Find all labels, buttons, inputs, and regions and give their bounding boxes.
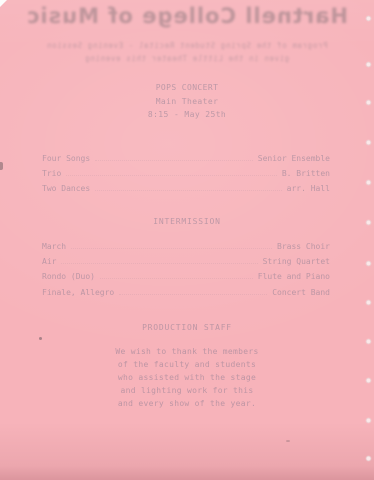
punch-hole-icon	[366, 456, 371, 461]
section-heading-intermission: INTERMISSION	[0, 217, 374, 226]
title-line-2: Main Theater	[0, 95, 374, 109]
bleed-through-subline-2: given in the Little Theater this evening	[0, 54, 374, 63]
scan-speck	[0, 162, 3, 170]
punch-hole-icon	[366, 180, 371, 185]
credits-line: and lighting work for this	[0, 384, 374, 397]
performer: Brass Choir	[277, 242, 330, 251]
performer: Senior Ensemble	[258, 154, 330, 163]
program-row: Four Songs Senior Ensemble	[42, 154, 330, 169]
program-row: Rondo (Duo) Flute and Piano	[42, 272, 330, 287]
bleed-through-subline-1: Program of the Spring Student Recital - …	[0, 41, 374, 50]
program-row: Trio B. Britten	[42, 169, 330, 184]
punch-hole-icon	[366, 261, 371, 266]
piece-title: Four Songs	[42, 154, 90, 163]
scan-speck	[39, 337, 42, 340]
piece-title: Two Dances	[42, 184, 90, 193]
dotted-leader	[95, 160, 253, 161]
credits-line: and every show of the year.	[0, 397, 374, 410]
punch-hole-icon	[366, 339, 371, 344]
performer: B. Britten	[282, 169, 330, 178]
program-row: Air String Quartet	[42, 257, 330, 272]
punch-hole-icon	[366, 100, 371, 105]
scan-speck	[286, 440, 290, 442]
credits-paragraph: We wish to thank the members of the facu…	[0, 345, 374, 410]
section-heading-production: PRODUCTION STAFF	[0, 323, 374, 332]
program-row: Finale, Allegro Concert Band	[42, 288, 330, 303]
punch-hole-icon	[366, 300, 371, 305]
performer: Flute and Piano	[258, 272, 330, 281]
dotted-leader	[95, 190, 281, 191]
dotted-leader	[66, 175, 277, 176]
performer: Concert Band	[272, 288, 330, 297]
dotted-leader	[119, 294, 267, 295]
program-row: Two Dances arr. Hall	[42, 184, 330, 199]
performer: String Quartet	[263, 257, 330, 266]
piece-title: Trio	[42, 169, 61, 178]
credits-line: We wish to thank the members	[0, 345, 374, 358]
dotted-leader	[71, 248, 272, 249]
piece-title: Air	[42, 257, 56, 266]
punch-hole-icon	[366, 418, 371, 423]
piece-title: Finale, Allegro	[42, 288, 114, 297]
punch-hole-icon	[366, 220, 371, 225]
program-section-1: Four Songs Senior Ensemble Trio B. Britt…	[42, 154, 330, 200]
piece-title: Rondo (Duo)	[42, 272, 95, 281]
credits-line: of the faculty and students	[0, 358, 374, 371]
dotted-leader	[61, 263, 257, 264]
title-line-3: 8:15 - May 25th	[0, 108, 374, 122]
punch-hole-icon	[366, 140, 371, 145]
punch-hole-icon	[366, 62, 371, 67]
dotted-leader	[100, 278, 253, 279]
program-row: March Brass Choir	[42, 242, 330, 257]
piece-title: March	[42, 242, 66, 251]
punch-hole-icon	[366, 16, 371, 21]
program-section-2: March Brass Choir Air String Quartet Ron…	[42, 242, 330, 303]
bleed-through-title: Hartnell College of Music	[0, 4, 374, 28]
title-block: POPS CONCERT Main Theater 8:15 - May 25t…	[0, 81, 374, 122]
performer: arr. Hall	[287, 184, 330, 193]
scanned-document: Hartnell College of Music Program of the…	[0, 0, 374, 480]
credits-line: who assisted with the stage	[0, 371, 374, 384]
title-line-1: POPS CONCERT	[0, 81, 374, 95]
punch-hole-icon	[366, 378, 371, 383]
